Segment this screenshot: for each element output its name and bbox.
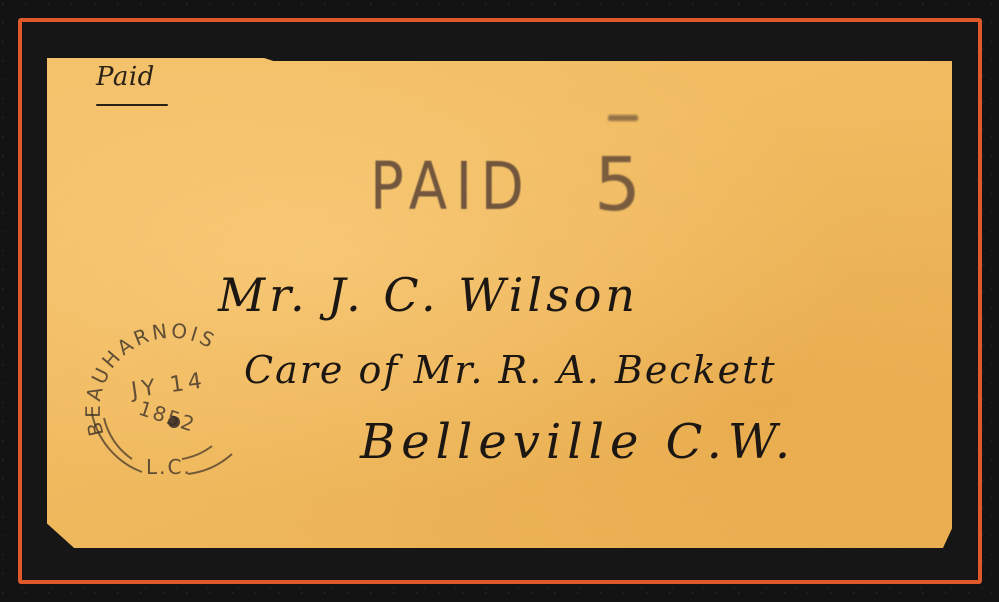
paid-handstamp: PAID <box>370 148 532 225</box>
postmark-year: 1852 <box>136 396 199 437</box>
address-line-town: Belleville C.W. <box>360 414 796 470</box>
postmark-circle-icon: BEAUHARNOIS JY 14 1852 L.C. <box>82 314 272 494</box>
postmark: BEAUHARNOIS JY 14 1852 L.C. <box>82 314 272 494</box>
rate-handstamp-mark <box>608 115 638 121</box>
manuscript-paid-underline <box>96 104 168 106</box>
address-line-care-of: Care of Mr. R. A. Beckett <box>244 348 777 392</box>
rate-handstamp: 5 <box>594 142 641 228</box>
address-line-name: Mr. J. C. Wilson <box>218 268 639 322</box>
manuscript-paid: Paid <box>96 62 155 92</box>
postmark-date: JY 14 <box>128 368 208 403</box>
